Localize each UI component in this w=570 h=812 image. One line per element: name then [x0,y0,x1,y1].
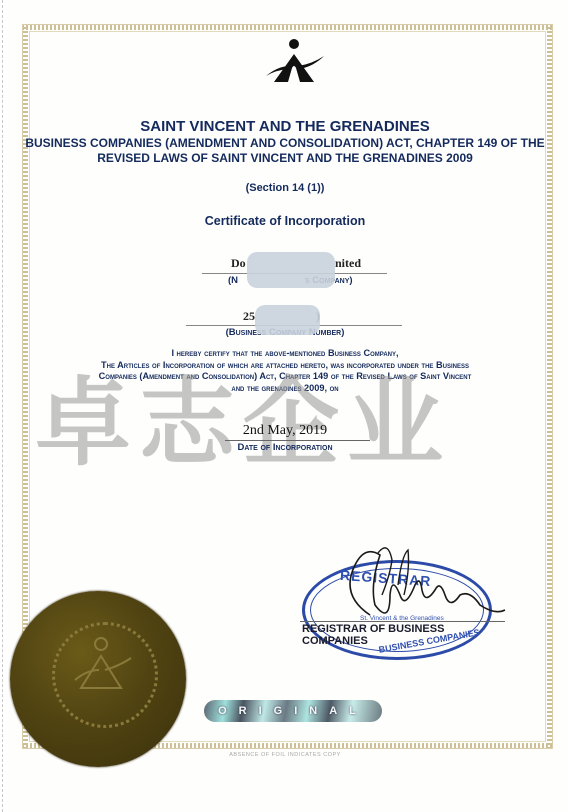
date-rule [225,440,370,441]
foil-text: ORIGINAL [218,705,368,717]
foil-note: ABSENCE OF FOIL INDICATES COPY [0,752,570,758]
redaction-company-name [247,252,335,288]
redaction-company-number [255,305,320,335]
registrar-rule [300,621,505,622]
act-line-2: REVISED LAWS OF SAINT VINCENT AND THE GR… [0,151,570,166]
national-emblem-icon [258,36,330,96]
seal-emblem-icon [65,630,137,702]
document-title: Certificate of Incorporation [0,214,570,228]
company-name-label-start: (N [228,275,238,286]
country-title: SAINT VINCENT AND THE GRENADINES [0,118,570,135]
registrar-label-line-1: REGISTRAR OF BUSINESS [302,623,444,635]
company-name-start: Do [231,256,246,271]
section-reference: (Section 14 (1)) [0,182,570,194]
company-number-start: 25 [243,309,255,324]
registrar-label: REGISTRAR OF BUSINESS COMPANIES [302,623,444,647]
company-name-end: nited [335,256,361,271]
registrar-label-line-2: COMPANIES [302,635,444,647]
date-label: Date of Incorporation [0,442,570,453]
act-title: BUSINESS COMPANIES (AMENDMENT AND CONSOL… [0,136,570,165]
certification-line-1: I hereby certify that the above-mentione… [0,348,570,360]
incorporation-date: 2nd May, 2019 [0,423,570,439]
signature-icon [330,535,520,635]
act-line-1: BUSINESS COMPANIES (AMENDMENT AND CONSOL… [0,136,570,151]
original-foil-strip: ORIGINAL [204,700,382,722]
